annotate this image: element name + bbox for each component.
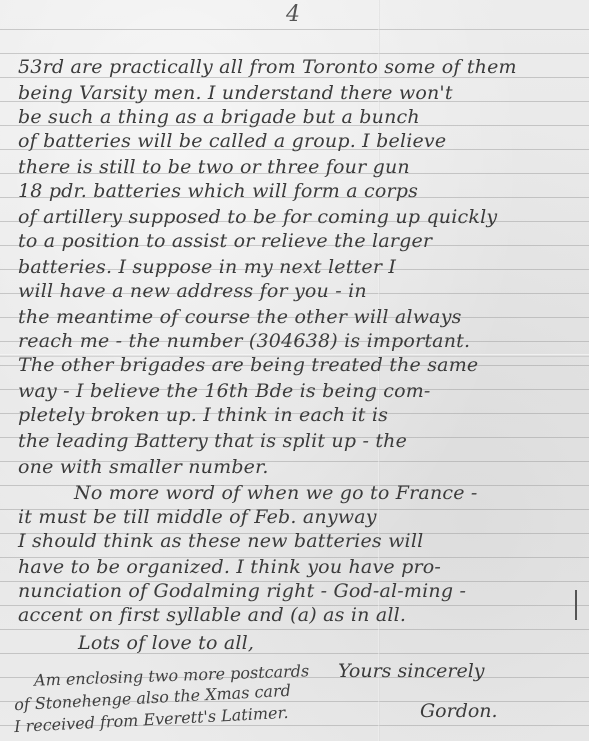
body-line: batteries. I suppose in my next letter I (18, 256, 396, 278)
page-number: 4 (286, 2, 300, 27)
body-line: No more word of when we go to France - (74, 482, 478, 504)
body-line: one with smaller number. (18, 456, 269, 478)
body-line: reach me - the number (304638) is import… (18, 330, 470, 352)
closing-line: Lots of love to all, (78, 632, 254, 654)
body-line: of artillery supposed to be for coming u… (18, 206, 497, 228)
body-line: nunciation of Godalming right - God-al-m… (18, 580, 466, 602)
body-line: the meantime of course the other will al… (18, 306, 462, 328)
body-line: the leading Battery that is split up - t… (18, 430, 407, 452)
body-line: to a position to assist or relieve the l… (18, 230, 432, 252)
body-line: 53rd are practically all from Toronto so… (18, 56, 517, 78)
body-line: of batteries will be called a group. I b… (18, 130, 446, 152)
valediction: Yours sincerely (338, 660, 485, 682)
margin-mark (575, 590, 577, 620)
letter-page: 4 53rd are practically all from Toronto … (0, 0, 589, 741)
signature: Gordon. (420, 700, 498, 722)
body-line: it must be till middle of Feb. anyway (18, 506, 377, 528)
body-line: 18 pdr. batteries which will form a corp… (18, 180, 418, 202)
body-line: there is still to be two or three four g… (18, 156, 410, 178)
body-line: have to be organized. I think you have p… (18, 556, 441, 578)
body-line: The other brigades are being treated the… (18, 354, 478, 376)
body-line: pletely broken up. I think in each it is (18, 404, 388, 426)
body-line: I should think as these new batteries wi… (18, 530, 423, 552)
body-line: be such a thing as a brigade but a bunch (18, 106, 420, 128)
body-line: way - I believe the 16th Bde is being co… (18, 380, 431, 402)
body-line: accent on first syllable and (a) as in a… (18, 604, 406, 626)
body-line: will have a new address for you - in (18, 280, 367, 302)
body-line: being Varsity men. I understand there wo… (18, 82, 453, 104)
